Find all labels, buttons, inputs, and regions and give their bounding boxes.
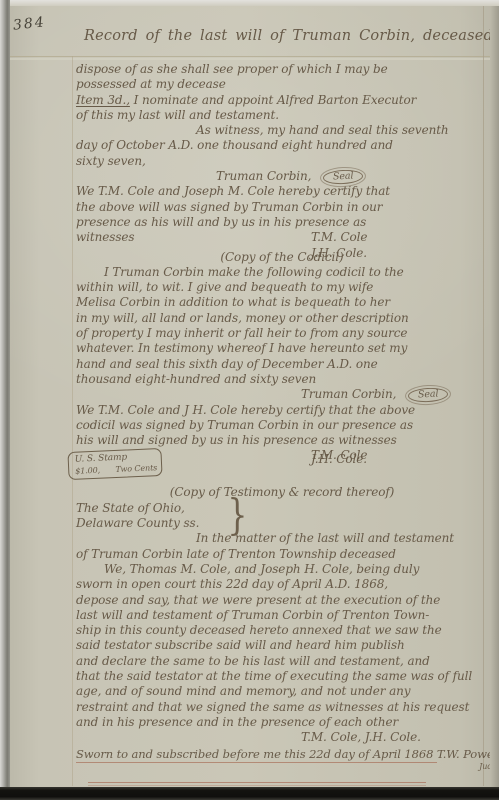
revenue-stamp-value: $1.00, [75,465,100,478]
text-line: restraint and that we signed the same as… [76,700,488,715]
text-line: hand and seal this sixth day of December… [76,357,488,372]
revenue-stamp-box: U. S. Stamp$1.00,Two Cents [67,448,162,480]
page-title: Record of the last will of Truman Corbin… [84,28,498,44]
text-line: presence as his will and by us in his pr… [76,215,488,230]
text-line: of this my last will and testament. [76,108,488,123]
jurisdiction-line: Delaware County ss. [76,516,488,531]
underlined-text: Item 3d., [76,93,130,107]
text-line: We T.M. Cole and Joseph M. Cole hereby c… [76,184,488,199]
text-line: dispose of as she shall see proper of wh… [76,62,488,77]
text-line: and in his presence and in the presence … [76,715,488,730]
text-line: We T.M. Cole and J H. Cole hereby certif… [76,403,488,418]
brace-glyph: } [227,498,247,532]
witness-signature-line: witnessesT.M. Cole [76,230,488,245]
text-line: sworn in open court this 22d day of Apri… [76,577,488,592]
text-line: his will and signed by us in his presenc… [76,433,488,448]
signature-text: Truman Corbin, [301,387,396,401]
text-line: said testator subscribe said will and he… [76,638,488,653]
title-rule-highlight [10,58,490,60]
text-line: age, and of sound mind and memory, and n… [76,684,488,699]
text-line: We, Thomas M. Cole, and Joseph H. Cole, … [76,562,488,577]
title-rule [10,56,490,57]
text-line: depose and say, that we were present at … [76,593,488,608]
text-line: that the said testator at the time of ex… [76,669,488,684]
stamp-signature-row: U. S. Stamp$1.00,Two CentsJ.H. Cole. [76,448,488,481]
book-edge-left [0,0,10,800]
text-line: Item 3d., I nominate and appoint Alfred … [76,93,488,108]
text-line: whatever. In testimony whereof I have he… [76,341,488,356]
page-number: 384 [12,14,46,33]
text-line: ship in this county deceased hereto anne… [76,623,488,638]
text-segment: I nominate and appoint Alfred Barton Exe… [130,93,416,107]
seal-stamp: Seal [323,169,364,185]
text-line: and declare the same to be his last will… [76,654,488,669]
text-line: In the matter of the last will and testa… [76,531,488,546]
text-line: (Copy of Testimony & record thereof) [76,485,488,500]
text-line: thousand eight-hundred and sixty seven [76,372,488,387]
jurisdiction-line: The State of Ohio, [76,501,488,516]
text-line: T.M. Cole, J.H. Cole. [76,730,488,745]
book-edge-top [0,0,499,6]
text-line: possessed at my decease [76,77,488,92]
revenue-stamp-cents: Two Cents [115,463,157,477]
text-line: sixty seven, [76,154,488,169]
witness-signature: J.H. Cole. [311,452,367,467]
witness-signature: T.M. Cole [311,230,367,245]
scanned-will-record-page: 384 Record of the last will of Truman Co… [0,0,499,800]
witness-label: witnesses [76,230,134,244]
text-line: I Truman Corbin make the following codic… [76,265,488,280]
revenue-stamp-line2: $1.00,Two Cents [75,463,157,479]
document-body: dispose of as she shall see proper of wh… [76,62,488,763]
signature-line: Truman Corbin,Seal [76,169,488,184]
text-line: the above will was signed by Truman Corb… [76,200,488,215]
text-line: of property I may inherit or fall heir t… [76,326,488,341]
signature-line: Truman Corbin,Seal [76,387,488,402]
signature-text: Truman Corbin, [216,169,311,183]
text-line: day of October A.D. one thousand eight h… [76,138,488,153]
seal-stamp: Seal [408,387,449,403]
jurat-text: Sworn to and subscribed before me this 2… [76,747,437,763]
text-line: in my will, all land or lands, money or … [76,311,488,326]
text-line: within will, to wit. I give and bequeath… [76,280,488,295]
text-line: codicil was signed by Truman Corbin in o… [76,418,488,433]
jurat-line: Sworn to and subscribed before me this 2… [76,747,488,762]
text-line: As witness, my hand and seal this sevent… [76,123,488,138]
left-margin-line [72,56,73,786]
text-line: (Copy of the Codicil) [76,250,488,265]
text-line: Melisa Corbin in addition to what is beq… [76,295,488,310]
book-edge-bottom [0,787,499,800]
book-edge-right [490,6,499,787]
text-line: last will and testament of Truman Corbin… [76,608,488,623]
bottom-margin-line [88,782,426,783]
jurisdiction-block: The State of Ohio,Delaware County ss.} [76,501,488,532]
text-line: of Truman Corbin late of Trenton Townshi… [76,547,488,562]
